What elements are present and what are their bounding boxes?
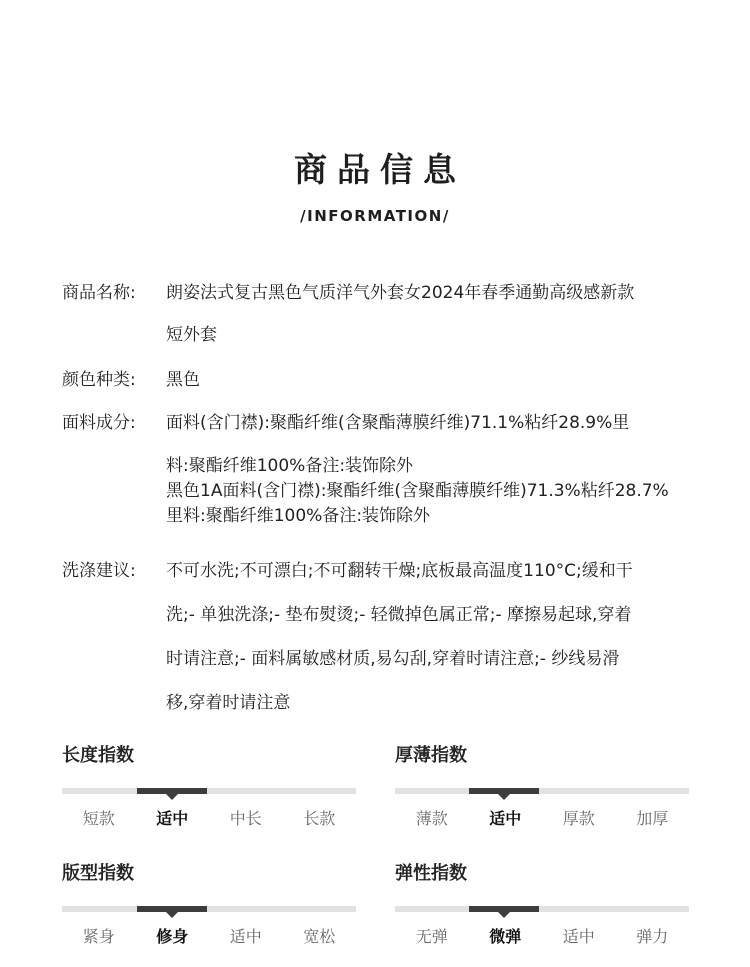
- care-label: 洗涤建议:: [62, 560, 166, 714]
- product-name-line: 朗姿法式复古黑色气质洋气外套女2024年春季通勤高级感新款: [166, 282, 722, 304]
- thickness-index-options: 薄款 适中 厚款 加厚: [395, 808, 689, 830]
- length-option: 长款: [283, 808, 357, 830]
- fit-option: 宽松: [283, 926, 357, 948]
- thickness-index-track: [395, 788, 689, 794]
- product-name-value: 朗姿法式复古黑色气质洋气外套女2024年春季通勤高级感新款 短外套: [166, 282, 722, 346]
- fabric-line: 里料:聚酯纤维100%备注:装饰除外: [166, 505, 722, 527]
- elasticity-index: 弹性指数 无弹 微弹 适中 弹力: [395, 862, 689, 948]
- elasticity-option: 适中: [542, 926, 616, 948]
- thickness-index-title: 厚薄指数: [395, 744, 689, 768]
- fit-index-options: 紧身 修身 适中 宽松: [62, 926, 356, 948]
- elasticity-option: 无弹: [395, 926, 469, 948]
- fabric-value: 面料(含门襟):聚酯纤维(含聚酯薄膜纤维)71.1%粘纤28.9%里 料:聚酯纤…: [166, 412, 722, 527]
- length-option: 短款: [62, 808, 136, 830]
- fit-index-track: [62, 906, 356, 912]
- color-label: 颜色种类:: [62, 369, 166, 391]
- elasticity-index-track: [395, 906, 689, 912]
- care-value: 不可水洗;不可漂白;不可翻转干燥;底板最高温度110°C;缓和干 洗;- 单独洗…: [166, 560, 722, 714]
- product-name-label: 商品名称:: [62, 282, 166, 346]
- product-name-line: 短外套: [166, 324, 722, 346]
- care-line: 不可水洗;不可漂白;不可翻转干燥;底板最高温度110°C;缓和干: [166, 560, 722, 582]
- thickness-option: 加厚: [616, 808, 690, 830]
- fabric-label: 面料成分:: [62, 412, 166, 527]
- info-row-color: 颜色种类: 黑色: [62, 369, 722, 391]
- page-title: 商品信息: [0, 148, 750, 192]
- fabric-line: 料:聚酯纤维100%备注:装饰除外: [166, 455, 722, 477]
- length-option: 中长: [209, 808, 283, 830]
- length-index-options: 短款 适中 中长 长款: [62, 808, 356, 830]
- length-option-selected: 适中: [136, 808, 210, 830]
- info-row-product-name: 商品名称: 朗姿法式复古黑色气质洋气外套女2024年春季通勤高级感新款 短外套: [62, 282, 722, 346]
- elasticity-option: 弹力: [616, 926, 690, 948]
- care-line: 时请注意;- 面料属敏感材质,易勾刮,穿着时请注意;- 纱线易滑: [166, 648, 722, 670]
- length-index-title: 长度指数: [62, 744, 356, 768]
- fabric-line: 黑色1A面料(含门襟):聚酯纤维(含聚酯薄膜纤维)71.3%粘纤28.7%: [166, 480, 722, 502]
- care-line: 移,穿着时请注意: [166, 692, 722, 714]
- length-index: 长度指数 短款 适中 中长 长款: [62, 744, 356, 830]
- fit-option: 紧身: [62, 926, 136, 948]
- thickness-option: 薄款: [395, 808, 469, 830]
- elasticity-option-selected: 微弹: [469, 926, 543, 948]
- section-header: 商品信息 /INFORMATION/: [0, 148, 750, 226]
- thickness-option-selected: 适中: [469, 808, 543, 830]
- care-line: 洗;- 单独洗涤;- 垫布熨烫;- 轻微掉色属正常;- 摩擦易起球,穿着: [166, 604, 722, 626]
- color-value: 黑色: [166, 369, 722, 391]
- info-row-fabric: 面料成分: 面料(含门襟):聚酯纤维(含聚酯薄膜纤维)71.1%粘纤28.9%里…: [62, 412, 722, 527]
- fabric-line: 面料(含门襟):聚酯纤维(含聚酯薄膜纤维)71.1%粘纤28.9%里: [166, 412, 722, 434]
- color-line: 黑色: [166, 369, 722, 391]
- thickness-index-indicator: [469, 788, 539, 794]
- elasticity-index-options: 无弹 微弹 适中 弹力: [395, 926, 689, 948]
- fit-option-selected: 修身: [136, 926, 210, 948]
- fit-index-indicator: [137, 906, 207, 912]
- elasticity-index-indicator: [469, 906, 539, 912]
- thickness-option: 厚款: [542, 808, 616, 830]
- length-index-track: [62, 788, 356, 794]
- length-index-indicator: [137, 788, 207, 794]
- page-subtitle: /INFORMATION/: [0, 206, 750, 226]
- info-row-care: 洗涤建议: 不可水洗;不可漂白;不可翻转干燥;底板最高温度110°C;缓和干 洗…: [62, 560, 722, 714]
- elasticity-index-title: 弹性指数: [395, 862, 689, 886]
- fit-option: 适中: [209, 926, 283, 948]
- fit-index: 版型指数 紧身 修身 适中 宽松: [62, 862, 356, 948]
- fit-index-title: 版型指数: [62, 862, 356, 886]
- thickness-index: 厚薄指数 薄款 适中 厚款 加厚: [395, 744, 689, 830]
